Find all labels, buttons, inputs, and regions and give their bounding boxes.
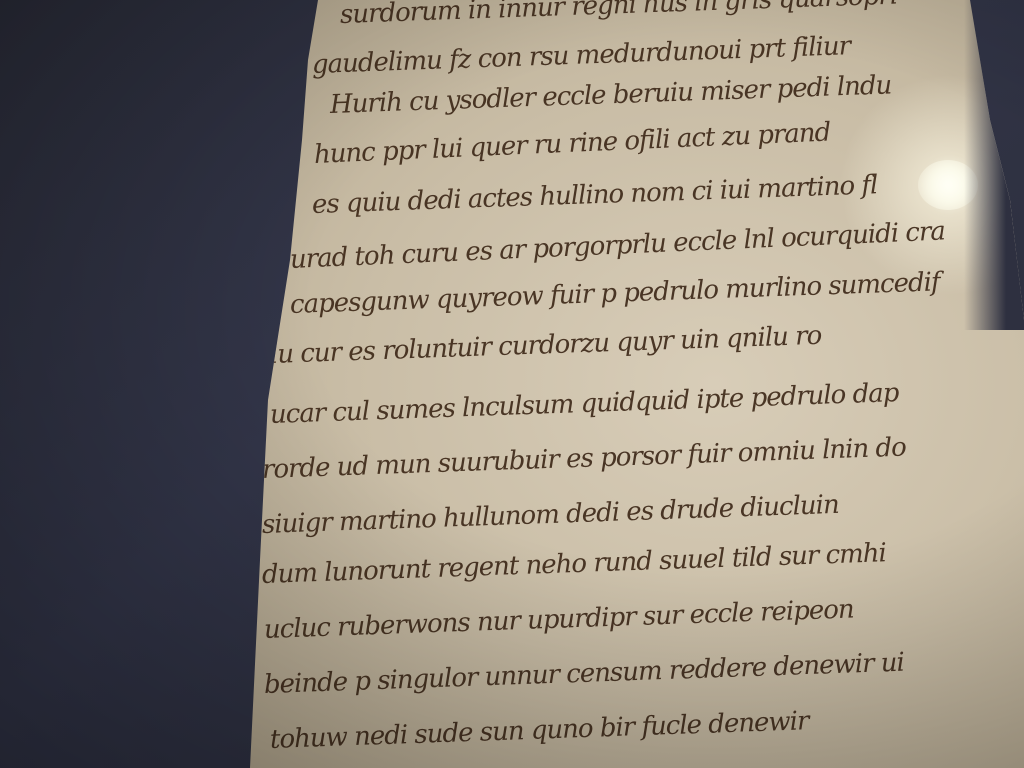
- manuscript-line: lu cur es roluntuir curdorzu quyr uin qn…: [269, 321, 821, 370]
- manuscript-line: tohuw nedi sude sun quno bir fucle denew…: [269, 706, 808, 755]
- manuscript-line: hunc ppr lui quer ru rine ofili act zu p…: [313, 117, 830, 170]
- parchment-manuscript: surdorum in innur regni hus in gris quar…: [250, 0, 1024, 768]
- manuscript-line: gaudelimu fz con rsu medurdunoui prt fil…: [311, 31, 850, 80]
- manuscript-line: rorde ud mun suurubuir es porsor fuir om…: [261, 433, 906, 485]
- manuscript-line: surdorum in innur regni hus in gris quar…: [339, 0, 897, 30]
- manuscript-line: beinde p singulor unnur censum reddere d…: [263, 648, 904, 700]
- manuscript-line: urad toh curu es ar porgorprlu eccle lnl…: [289, 216, 945, 275]
- manuscript-line: capesgunw quyreow fuir p pedrulo murlino…: [289, 267, 940, 320]
- manuscript-line: ucluc ruberwons nur upurdipr sur eccle r…: [263, 594, 854, 645]
- manuscript-line: dum lunorunt regent neho rund suuel tild…: [261, 538, 886, 590]
- mounting-backing: [964, 0, 1024, 330]
- manuscript-line: Hurih cu ysodler eccle beruiu miser pedi…: [329, 70, 891, 120]
- manuscript-line: ucar cul sumes lnculsum quidquid ipte pe…: [269, 378, 898, 430]
- manuscript-line: es quiu dedi actes hullino nom ci iui ma…: [311, 170, 877, 220]
- manuscript-line: siuigr martino hullunom dedi es drude di…: [261, 490, 839, 540]
